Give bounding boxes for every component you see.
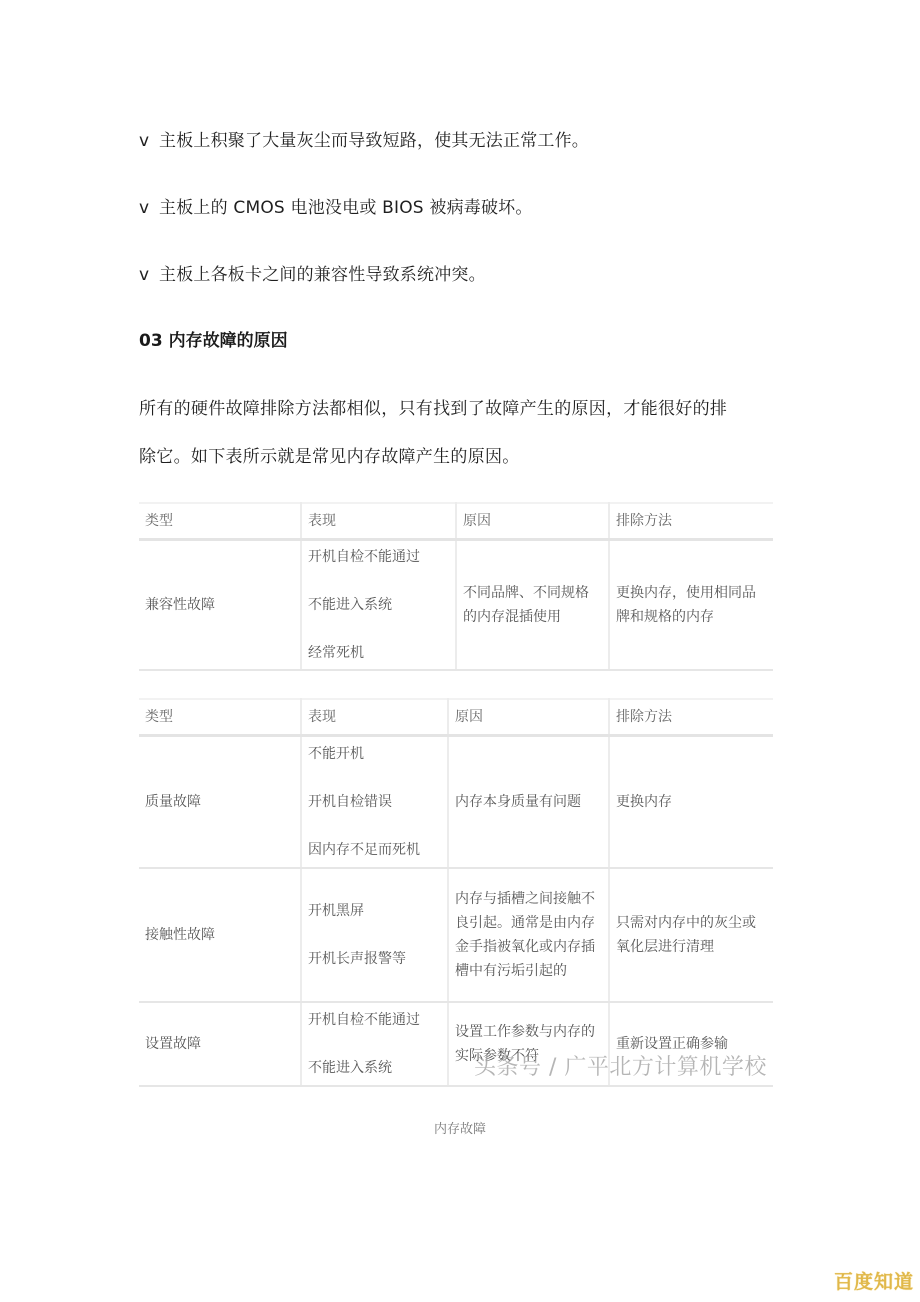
table-row: 兼容性故障 开机自检不能通过 不能进入系统 经常死机 不同品牌、不同规格的内存混… (139, 540, 773, 670)
header-cause: 原因 (448, 699, 609, 736)
bullet-marker: v (139, 265, 159, 285)
header-cause: 原因 (456, 503, 609, 540)
table-row: 质量故障 不能开机 开机自检错误 因内存不足而死机 内存本身质量有问题 更换内存 (139, 736, 773, 868)
header-fix: 排除方法 (609, 699, 773, 736)
cell-cause: 不同品牌、不同规格的内存混插使用 (456, 540, 609, 670)
header-symptoms: 表现 (301, 699, 448, 736)
bullet-marker: v (139, 131, 159, 151)
bullet-item: v主板上各板卡之间的兼容性导致系统冲突。 (139, 260, 486, 285)
symptom: 开机自检错误 (308, 790, 441, 814)
cell-symptoms: 开机自检不能通过 不能进入系统 经常死机 (301, 540, 456, 670)
symptom: 开机自检不能通过 (308, 545, 449, 569)
cell-type: 兼容性故障 (139, 540, 301, 670)
cell-fix: 更换内存 (609, 736, 773, 868)
header-type: 类型 (139, 699, 301, 736)
cell-cause: 设置工作参数与内存的实际参数不符 (448, 1002, 609, 1086)
table-header-row: 类型 表现 原因 排除方法 (139, 699, 773, 736)
cell-fix: 只需对内存中的灰尘或氧化层进行清理 (609, 868, 773, 1002)
cell-symptoms: 开机黑屏 开机长声报警等 (301, 868, 448, 1002)
cell-cause: 内存与插槽之间接触不良引起。通常是由内存金手指被氧化或内存插槽中有污垢引起的 (448, 868, 609, 1002)
header-symptoms: 表现 (301, 503, 456, 540)
symptom: 不能进入系统 (308, 593, 449, 617)
cell-cause: 内存本身质量有问题 (448, 736, 609, 868)
cell-symptoms: 开机自检不能通过 不能进入系统 (301, 1002, 448, 1086)
symptom: 不能开机 (308, 742, 441, 766)
bullet-text: 主板上积聚了大量灰尘而导致短路，使其无法正常工作。 (159, 131, 589, 151)
symptom: 不能进入系统 (308, 1056, 441, 1080)
bullet-text: 主板上的 CMOS 电池没电或 BIOS 被病毒破坏。 (159, 198, 533, 218)
bullet-item: v主板上的 CMOS 电池没电或 BIOS 被病毒破坏。 (139, 193, 533, 218)
cell-type: 接触性故障 (139, 868, 301, 1002)
bullet-marker: v (139, 198, 159, 218)
symptom: 因内存不足而死机 (308, 838, 441, 862)
memory-fault-table-1: 类型 表现 原因 排除方法 兼容性故障 开机自检不能通过 不能进入系统 经常死机… (139, 502, 773, 671)
cell-type: 设置故障 (139, 1002, 301, 1086)
cell-fix: 更换内存，使用相同品牌和规格的内存 (609, 540, 773, 670)
paragraph-line-2: 除它。如下表所示就是常见内存故障产生的原因。 (139, 442, 520, 467)
symptom: 开机长声报警等 (308, 947, 441, 971)
cell-symptoms: 不能开机 开机自检错误 因内存不足而死机 (301, 736, 448, 868)
table-caption: 内存故障 (0, 1118, 920, 1137)
table-header-row: 类型 表现 原因 排除方法 (139, 503, 773, 540)
table-row: 接触性故障 开机黑屏 开机长声报警等 内存与插槽之间接触不良引起。通常是由内存金… (139, 868, 773, 1002)
header-fix: 排除方法 (609, 503, 773, 540)
bullet-text: 主板上各板卡之间的兼容性导致系统冲突。 (159, 265, 486, 285)
cell-type: 质量故障 (139, 736, 301, 868)
baidu-zhidao-logo: 百度知道 (834, 1267, 914, 1294)
header-type: 类型 (139, 503, 301, 540)
table-row: 设置故障 开机自检不能通过 不能进入系统 设置工作参数与内存的实际参数不符 重新… (139, 1002, 773, 1086)
symptom: 开机黑屏 (308, 899, 441, 923)
paragraph-line-1: 所有的硬件故障排除方法都相似，只有找到了故障产生的原因，才能很好的排 (139, 394, 727, 419)
memory-fault-table-2: 类型 表现 原因 排除方法 质量故障 不能开机 开机自检错误 因内存不足而死机 … (139, 698, 773, 1087)
bullet-item: v主板上积聚了大量灰尘而导致短路，使其无法正常工作。 (139, 126, 589, 151)
cell-fix: 重新设置正确参输 (609, 1002, 773, 1086)
symptom: 开机自检不能通过 (308, 1008, 441, 1032)
symptom: 经常死机 (308, 641, 449, 665)
section-title: 03 内存故障的原因 (139, 326, 288, 351)
